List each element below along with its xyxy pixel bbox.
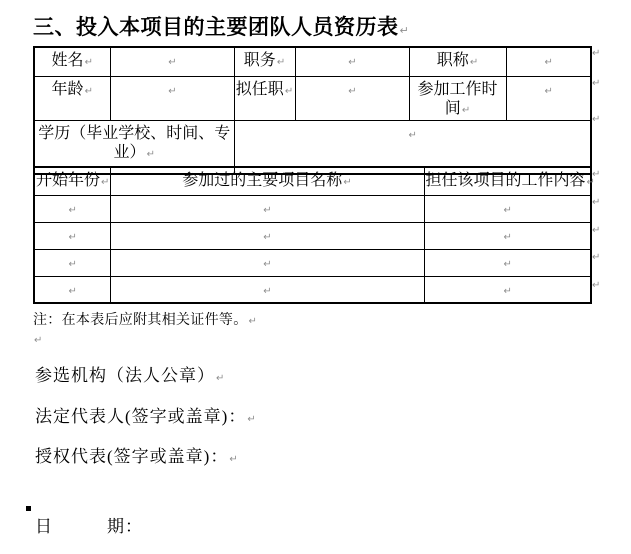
project-row-content-cell[interactable]: ↵	[424, 195, 591, 222]
paragraph-mark: ↵	[347, 86, 356, 97]
date-line: 日 期：	[35, 512, 143, 537]
paragraph-mark: ↵	[262, 205, 271, 216]
note-text: 注：在本表后应附其相关证件等。	[33, 313, 248, 328]
project-row-name-cell[interactable]: ↵	[110, 249, 424, 276]
paragraph-mark: ↵	[33, 335, 42, 346]
row-end-mark: ↵	[592, 114, 600, 125]
row-end-mark: ↵	[592, 78, 600, 89]
paragraph-mark: ↵	[503, 259, 512, 270]
paragraph-mark: ↵	[347, 57, 356, 68]
paragraph-mark: ↵	[284, 86, 293, 97]
paragraph-mark: ↵	[342, 177, 351, 188]
paragraph-mark: ↵	[68, 286, 77, 297]
proposed-position-label-cell: 拟任职↵	[234, 76, 295, 120]
project-row-content-cell[interactable]: ↵	[424, 249, 591, 276]
paragraph-mark: ↵	[262, 259, 271, 270]
position-value-cell[interactable]: ↵	[295, 47, 409, 76]
paragraph-mark: ↵	[167, 86, 176, 97]
project-row-year-cell[interactable]: ↵	[34, 195, 110, 222]
row-end-mark: ↵	[592, 197, 600, 208]
project-name-header: 参加过的主要项目名称	[182, 172, 342, 189]
work-start-label: 参加工作时间	[417, 81, 497, 117]
paragraph-mark: ↵	[68, 259, 77, 270]
paragraph-mark: ↵	[408, 130, 417, 141]
paragraph-mark: ↵	[276, 57, 285, 68]
page-title-text: 三、投入本项目的主要团队人员资历表	[33, 16, 399, 39]
education-label: 学历（毕业学校、时间、专业）	[38, 125, 230, 161]
org-seal-text: 参选机构（法人公章）	[35, 366, 215, 385]
row-end-mark: ↵	[592, 225, 600, 236]
project-row-year-cell[interactable]: ↵	[34, 222, 110, 249]
legal-rep-line: 法定代表人(签字或盖章)：↵	[35, 402, 256, 427]
date-text: 日 期：	[35, 517, 143, 536]
paragraph-mark: ↵	[84, 57, 93, 68]
paragraph-mark: ↵	[544, 57, 553, 68]
projects-table: 开始年份↵ 参加过的主要项目名称↵ 担任该项目的工作内容↵ ↵ ↵ ↵ ↵ ↵ …	[33, 166, 592, 304]
auth-rep-line: 授权代表(签字或盖章)：↵	[35, 442, 238, 467]
position-label-cell: 职务↵	[234, 47, 295, 76]
legal-rep-text: 法定代表人(签字或盖章)：	[35, 407, 246, 426]
paragraph-mark: ↵	[503, 286, 512, 297]
title-label-cell: 职称↵	[409, 47, 506, 76]
start-year-header-cell: 开始年份↵	[34, 167, 110, 195]
project-row-name-cell[interactable]: ↵	[110, 195, 424, 222]
paragraph-mark: ↵	[84, 86, 93, 97]
row-end-mark: ↵	[592, 169, 600, 180]
personal-info-table: 姓名↵ ↵ 职务↵ ↵ 职称↵ ↵ 年龄↵ ↵ 拟任职↵ ↵ 参加工作时间↵ ↵…	[33, 46, 592, 175]
age-label: 年龄	[52, 81, 84, 98]
row-end-mark: ↵	[592, 48, 600, 59]
row-end-mark: ↵	[592, 280, 600, 291]
title-value-cell[interactable]: ↵	[506, 47, 591, 76]
project-row-content-cell[interactable]: ↵	[424, 222, 591, 249]
paragraph-mark: ↵	[146, 149, 155, 160]
row-end-mark: ↵	[592, 252, 600, 263]
project-row-year-cell[interactable]: ↵	[34, 249, 110, 276]
proposed-position-label: 拟任职	[236, 81, 284, 98]
paragraph-mark: ↵	[246, 414, 255, 425]
work-content-header: 担任该项目的工作内容	[426, 172, 586, 189]
auth-rep-text: 授权代表(签字或盖章)：	[35, 447, 228, 466]
proposed-position-value-cell[interactable]: ↵	[295, 76, 409, 120]
project-row-content-cell[interactable]: ↵	[424, 276, 591, 303]
project-row-name-cell[interactable]: ↵	[110, 222, 424, 249]
project-name-header-cell: 参加过的主要项目名称↵	[110, 167, 424, 195]
paragraph-mark: ↵	[503, 232, 512, 243]
anchor-marker	[26, 506, 31, 511]
name-label: 姓名	[52, 52, 84, 69]
paragraph-mark: ↵	[68, 232, 77, 243]
paragraph-mark: ↵	[262, 286, 271, 297]
paragraph-mark: ↵	[461, 105, 470, 116]
work-start-value-cell[interactable]: ↵	[506, 76, 591, 120]
project-row-name-cell[interactable]: ↵	[110, 276, 424, 303]
org-seal-line: 参选机构（法人公章）↵	[35, 361, 224, 386]
blank-paragraph: ↵	[33, 330, 42, 348]
paragraph-mark: ↵	[167, 57, 176, 68]
note-line: 注：在本表后应附其相关证件等。↵	[33, 309, 257, 329]
paragraph-mark: ↵	[399, 24, 409, 37]
age-value-cell[interactable]: ↵	[110, 76, 234, 120]
project-row-year-cell[interactable]: ↵	[34, 276, 110, 303]
work-start-label-cell: 参加工作时间↵	[409, 76, 506, 120]
title-label: 职称	[437, 52, 469, 69]
page-title: 三、投入本项目的主要团队人员资历表↵	[33, 11, 409, 41]
paragraph-mark: ↵	[544, 86, 553, 97]
paragraph-mark: ↵	[215, 373, 224, 384]
start-year-header: 开始年份	[36, 172, 100, 189]
age-label-cell: 年龄↵	[34, 76, 110, 120]
paragraph-mark: ↵	[262, 232, 271, 243]
paragraph-mark: ↵	[248, 316, 257, 327]
paragraph-mark: ↵	[228, 454, 237, 465]
work-content-header-cell: 担任该项目的工作内容↵	[424, 167, 591, 195]
position-label: 职务	[244, 52, 276, 69]
name-value-cell[interactable]: ↵	[110, 47, 234, 76]
paragraph-mark: ↵	[469, 57, 478, 68]
paragraph-mark: ↵	[503, 205, 512, 216]
paragraph-mark: ↵	[100, 177, 109, 188]
document-page: 三、投入本项目的主要团队人员资历表↵ 姓名↵ ↵ 职务↵ ↵ 职称↵ ↵ 年龄↵…	[0, 0, 631, 554]
name-label-cell: 姓名↵	[34, 47, 110, 76]
paragraph-mark: ↵	[68, 205, 77, 216]
